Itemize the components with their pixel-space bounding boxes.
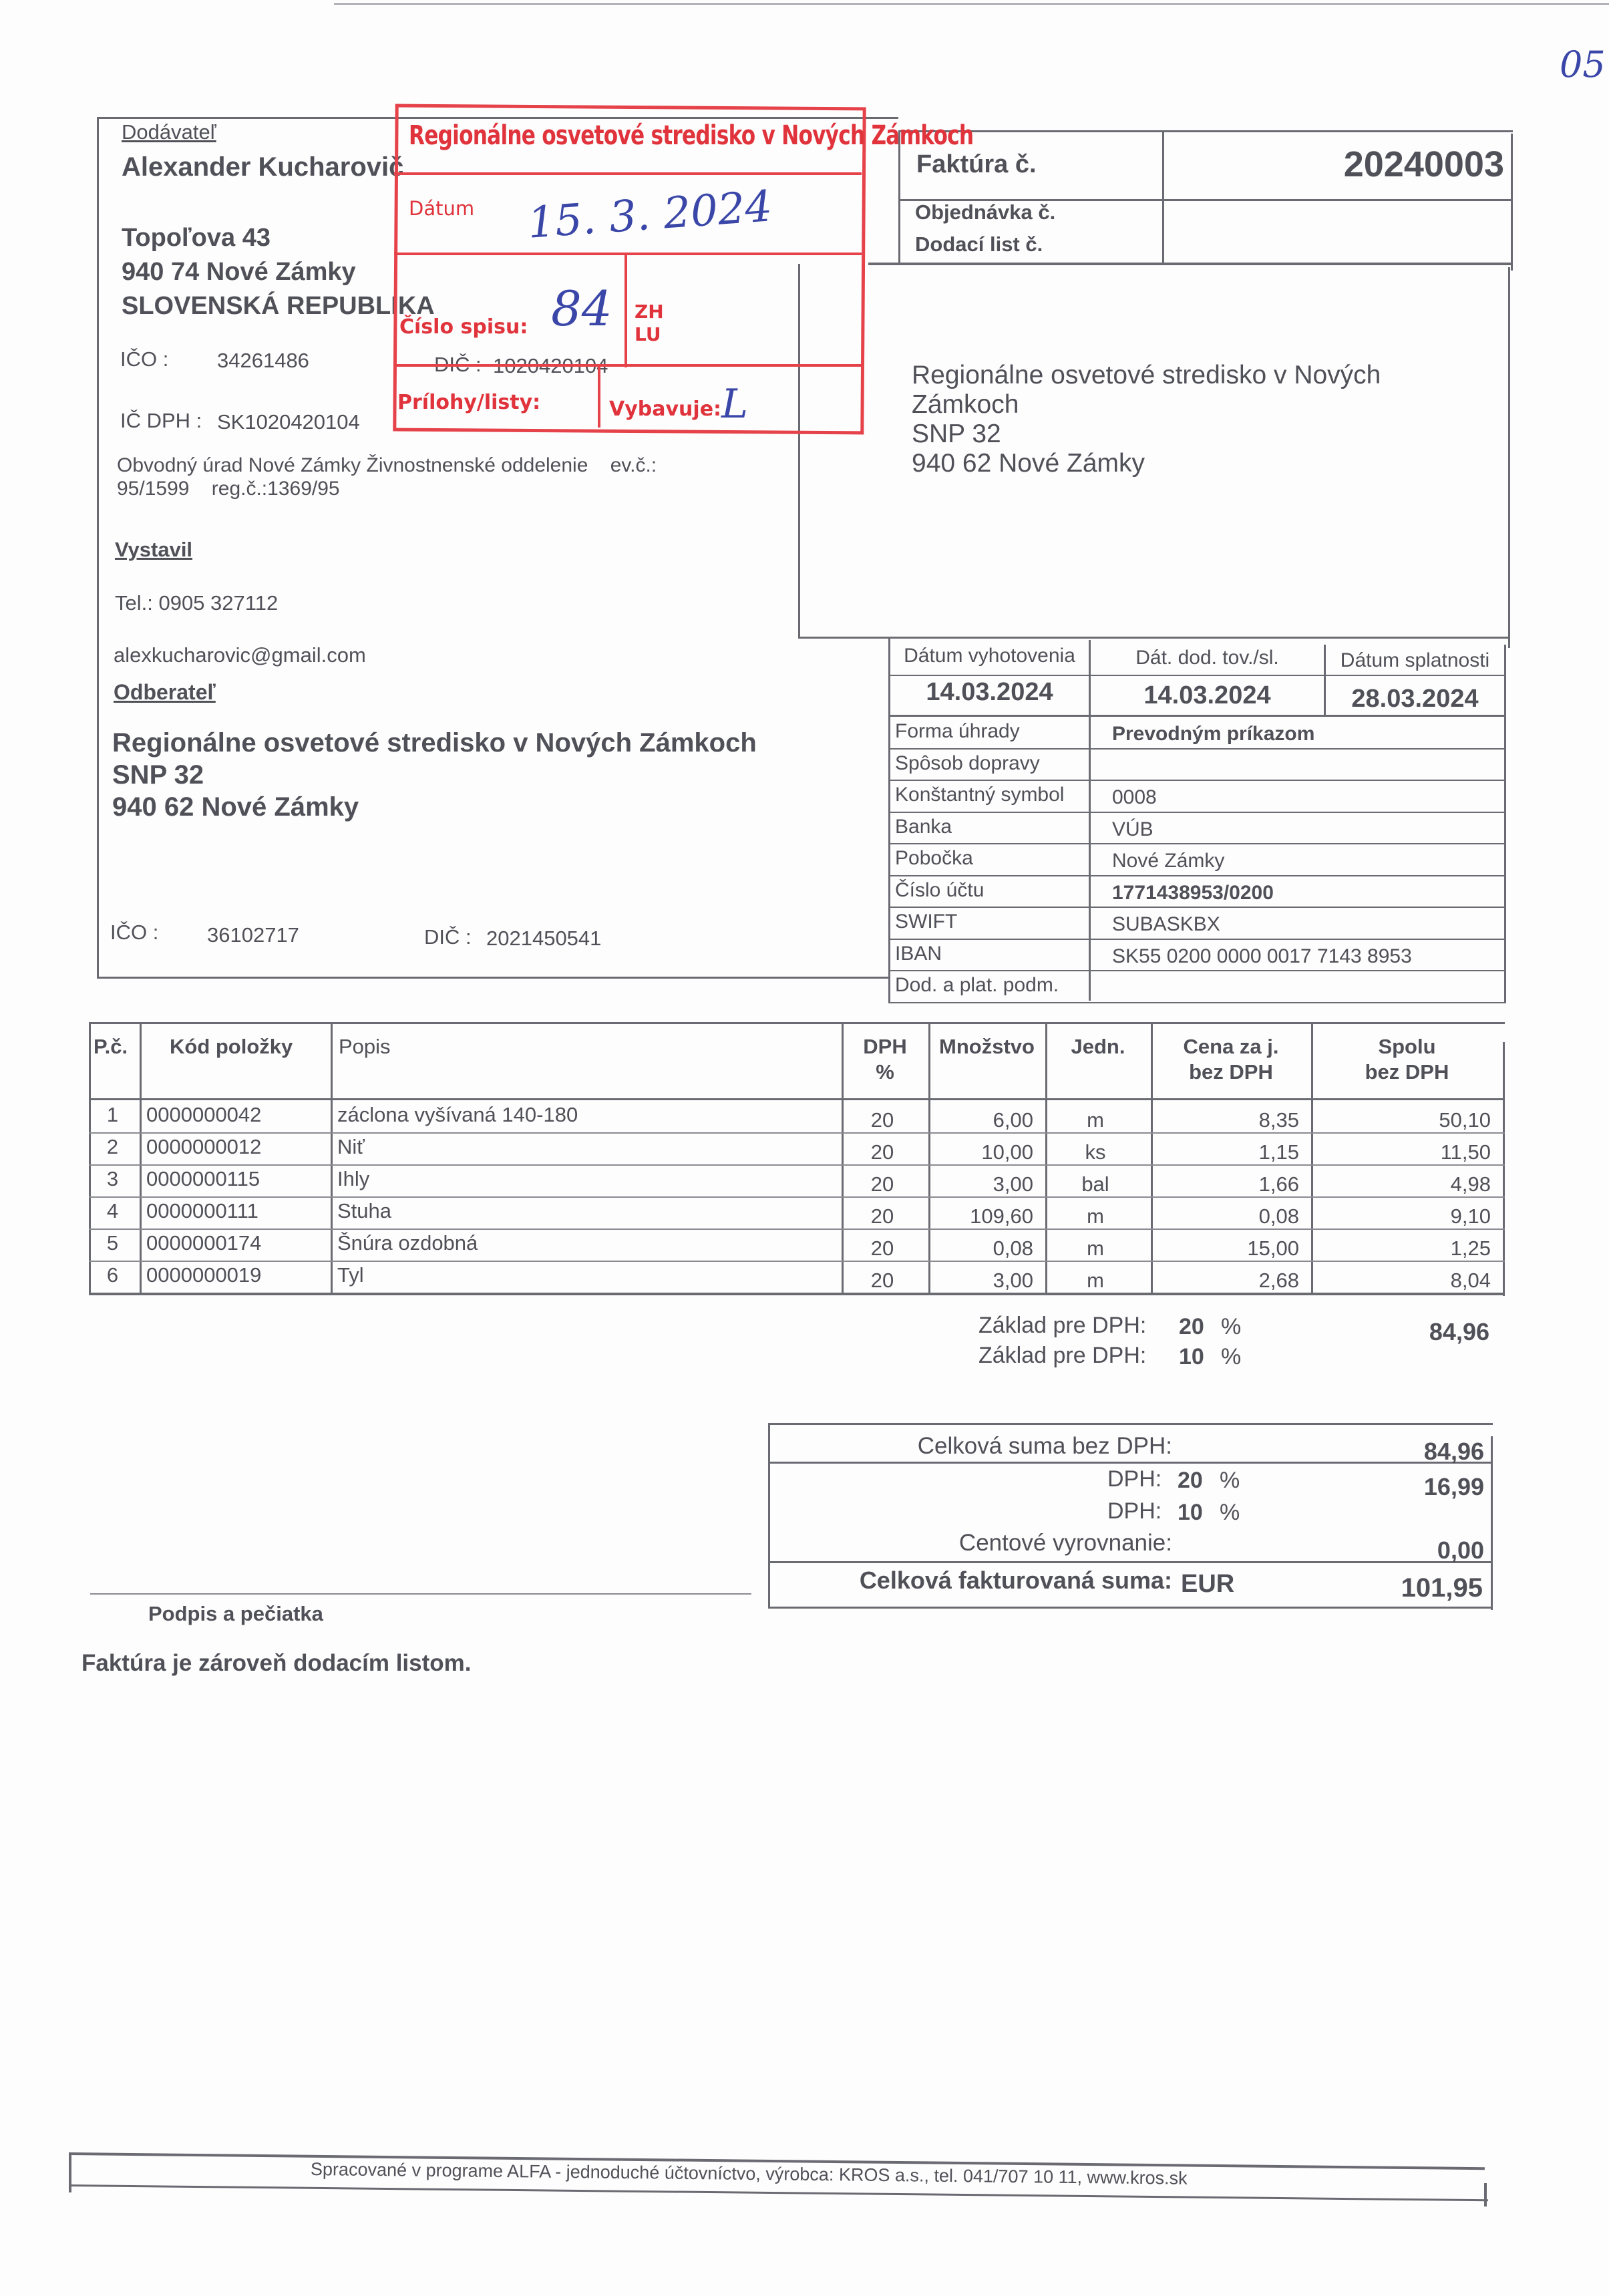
item-total: 9,10 (1318, 1204, 1491, 1228)
grand-total: 101,95 (1302, 1573, 1483, 1603)
items-header-pc: P.č. (94, 1034, 137, 1059)
item-pc: 2 (98, 1135, 128, 1159)
item-qty: 0,08 (935, 1237, 1033, 1261)
payment-value: 0008 (1112, 786, 1157, 809)
vat-label-2: DPH: (1107, 1498, 1161, 1524)
supplier-ico: 34261486 (217, 349, 309, 373)
row-divider (89, 1228, 1505, 1230)
item-code: 0000000174 (146, 1231, 319, 1255)
stamp-codes: ZH LU (635, 301, 664, 346)
items-header-code: Kód položky (170, 1034, 328, 1059)
item-desc: Tyl (337, 1263, 830, 1287)
rounding-label: Centové vyrovnanie: (768, 1530, 1172, 1556)
supplier-city: 940 74 Nové Zámky (122, 258, 356, 287)
payment-label: Pobočka (895, 847, 973, 870)
items-header-price: Cena za j. bez DPH (1153, 1034, 1308, 1085)
vat-base-pct-1: % (1221, 1314, 1241, 1340)
signature-line (90, 1593, 751, 1595)
customer-city: 940 62 Nové Zámky (112, 792, 359, 822)
customer-dic-label: DIČ : (424, 925, 472, 949)
item-code: 0000000042 (146, 1103, 319, 1127)
item-unit: ks (1052, 1140, 1139, 1164)
stamp-date-label: Dátum (409, 197, 474, 220)
invoice-number: 20240003 (1162, 144, 1504, 185)
item-price: 2,68 (1157, 1269, 1299, 1293)
supplier-ico-label: IČO : (120, 347, 168, 371)
stamp-handler-value: L (721, 381, 748, 428)
item-unit: m (1052, 1237, 1139, 1261)
payment-value: Prevodným príkazom (1112, 723, 1314, 746)
item-vat: 20 (848, 1237, 916, 1261)
payment-row-divider (888, 812, 1506, 813)
row-divider (89, 1132, 1505, 1134)
item-desc: Niť (337, 1135, 830, 1159)
payment-label: Dod. a plat. podm. (895, 974, 1059, 997)
payment-label: IBAN (895, 943, 942, 965)
payment-value: SK55 0200 0000 0017 7143 8953 (1112, 945, 1412, 968)
items-header-unit: Jedn. (1048, 1034, 1148, 1059)
item-unit: m (1052, 1269, 1139, 1293)
net-total: 84,96 (1302, 1438, 1484, 1466)
item-pc: 5 (98, 1231, 128, 1255)
issue-date: 14.03.2024 (890, 678, 1089, 707)
items-column-divider (1151, 1024, 1153, 1295)
supplier-icdph-label: IČ DPH : (120, 409, 202, 433)
item-pc: 6 (98, 1263, 128, 1287)
vat-base-value-1: 84,96 (1336, 1318, 1489, 1346)
vat-base-rate-1: 20 (1179, 1314, 1204, 1340)
customer-heading: Odberateľ (114, 680, 216, 705)
recipient-line4: 940 62 Nové Zámky (912, 449, 1381, 478)
payment-value: 1771438953/0200 (1112, 882, 1274, 905)
vat-pct-1: % (1220, 1468, 1240, 1494)
recipient-line1: Regionálne osvetové stredisko v Nových (912, 361, 1381, 390)
item-desc: Stuha (337, 1199, 830, 1223)
item-price: 1,15 (1157, 1140, 1299, 1164)
item-code: 0000000012 (146, 1135, 319, 1159)
item-unit: bal (1052, 1172, 1139, 1196)
payment-label: Číslo účtu (895, 879, 984, 902)
delivery-date-label: Dát. dod. tov./sl. (1091, 647, 1324, 669)
item-code: 0000000115 (146, 1167, 319, 1191)
item-desc: Šnúra ozdobná (337, 1231, 830, 1255)
supplier-registry-line2: 95/1599 reg.č.:1369/95 (117, 478, 340, 500)
item-desc: Ihly (337, 1167, 830, 1191)
supplier-heading: Dodávateľ (122, 120, 216, 144)
payment-row-divider (888, 970, 1506, 971)
scan-edge (334, 3, 1609, 5)
grand-total-currency: EUR (1181, 1570, 1234, 1599)
item-pc: 4 (98, 1199, 128, 1223)
items-column-divider (842, 1024, 844, 1295)
vat-base-label-2: Základ pre DPH: (978, 1343, 1146, 1369)
delivery-note-statement: Faktúra je zároveň dodacím listom. (81, 1650, 472, 1677)
customer-ico-label: IČO : (110, 921, 158, 945)
due-date-label: Dátum splatnosti (1326, 649, 1504, 672)
payment-row-divider (888, 875, 1506, 876)
item-total: 50,10 (1318, 1108, 1491, 1132)
payment-row-divider (888, 1002, 1506, 1003)
issuer-email[interactable]: alexkucharovic@gmail.com (114, 643, 366, 667)
row-divider (89, 1261, 1505, 1262)
item-code: 0000000111 (146, 1199, 319, 1223)
order-label: Objednávka č. (915, 200, 1055, 224)
payment-label: Spôsob dopravy (895, 752, 1040, 775)
items-column-divider (1311, 1024, 1313, 1295)
items-header-qty: Množstvo (931, 1034, 1043, 1059)
vat-amount-1: 16,99 (1302, 1473, 1484, 1501)
customer-street: SNP 32 (112, 760, 204, 790)
item-total: 1,25 (1318, 1237, 1491, 1261)
item-total: 4,98 (1318, 1172, 1491, 1196)
row-divider (89, 1164, 1505, 1166)
signature-label: Podpis a pečiatka (148, 1602, 323, 1626)
vat-base-rate-2: 10 (1179, 1344, 1204, 1370)
stamp-file-value: 84 (551, 281, 612, 337)
item-vat: 20 (848, 1172, 916, 1196)
payment-value: VÚB (1112, 818, 1153, 841)
due-date: 28.03.2024 (1326, 685, 1504, 713)
item-price: 15,00 (1157, 1237, 1299, 1261)
payment-value: SUBASKBX (1112, 913, 1220, 936)
delivery-date: 14.03.2024 (1091, 681, 1324, 710)
row-divider (89, 1196, 1505, 1198)
item-qty: 3,00 (935, 1269, 1033, 1293)
item-vat: 20 (848, 1140, 916, 1164)
issue-date-label: Dátum vyhotovenia (890, 645, 1089, 667)
item-total: 11,50 (1318, 1140, 1491, 1164)
item-qty: 3,00 (935, 1172, 1033, 1196)
item-pc: 1 (98, 1103, 128, 1127)
item-vat: 20 (848, 1204, 916, 1228)
items-header-vat: DPH % (844, 1034, 926, 1085)
payment-label: SWIFT (895, 911, 957, 933)
customer-name: Regionálne osvetové stredisko v Nových Z… (112, 728, 757, 758)
payment-label: Forma úhrady (895, 720, 1020, 743)
payment-row-divider (888, 907, 1506, 908)
net-total-label: Celková suma bez DPH: (768, 1433, 1172, 1460)
recipient-line3: SNP 32 (912, 420, 1381, 449)
items-column-divider (140, 1024, 142, 1295)
vat-base-pct-2: % (1221, 1344, 1241, 1370)
supplier-street: Topoľova 43 (122, 224, 271, 253)
item-unit: m (1052, 1204, 1139, 1228)
payment-label: Banka (895, 816, 952, 838)
supplier-registry-line1: Obvodný úrad Nové Zámky Živnostnenské od… (117, 454, 657, 477)
invoice-label: Faktúra č. (916, 150, 1037, 179)
grand-total-label: Celková fakturovaná suma: (768, 1567, 1172, 1595)
stamp-file-label: Číslo spisu: (399, 315, 528, 339)
supplier-country: SLOVENSKÁ REPUBLIKA (122, 292, 435, 321)
payment-row-divider (888, 780, 1506, 781)
item-qty: 10,00 (935, 1140, 1033, 1164)
customer-dic: 2021450541 (486, 927, 601, 951)
item-price: 0,08 (1157, 1204, 1299, 1228)
item-vat: 20 (848, 1108, 916, 1132)
stamp-attachments-label: Prílohy/listy: (397, 391, 540, 414)
item-unit: m (1052, 1108, 1139, 1132)
supplier-icdph: SK1020420104 (217, 410, 360, 434)
payment-label: Konštantný symbol (895, 784, 1064, 806)
vat-base-label-1: Základ pre DPH: (978, 1313, 1146, 1339)
vat-rate-1: 20 (1178, 1468, 1203, 1494)
item-pc: 3 (98, 1167, 128, 1191)
item-price: 8,35 (1157, 1108, 1299, 1132)
recipient-line2: Zámkoch (912, 390, 1381, 420)
item-code: 0000000019 (146, 1263, 319, 1287)
payment-row-divider (888, 748, 1506, 750)
supplier-name: Alexander Kucharovič (122, 152, 403, 182)
item-price: 1,66 (1157, 1172, 1299, 1196)
recipient-address: Regionálne osvetové stredisko v Nových Z… (912, 361, 1381, 478)
stamp-handler-label: Vybavuje: (609, 397, 721, 421)
item-total: 8,04 (1318, 1269, 1491, 1293)
items-header-desc: Popis (339, 1034, 839, 1059)
delivery-note-label: Dodací list č. (915, 232, 1043, 257)
item-desc: záclona vyšívaná 140-180 (337, 1103, 830, 1127)
page-mark: 05 (1560, 43, 1606, 86)
item-qty: 109,60 (935, 1204, 1033, 1228)
payment-value: Nové Zámky (1112, 850, 1224, 872)
item-qty: 6,00 (935, 1108, 1033, 1132)
stamp-org: Regionálne osvetové stredisko v Nových Z… (409, 120, 973, 151)
vat-rate-2: 10 (1178, 1500, 1203, 1526)
vat-label-1: DPH: (1107, 1466, 1161, 1492)
customer-ico: 36102717 (207, 923, 299, 947)
items-header-total: Spolu bez DPH (1314, 1034, 1500, 1085)
item-vat: 20 (848, 1269, 916, 1293)
items-column-divider (331, 1024, 333, 1295)
payment-row-divider (888, 843, 1506, 844)
items-column-divider (928, 1024, 930, 1295)
rounding-value: 0,00 (1302, 1536, 1484, 1565)
items-column-divider (1045, 1024, 1047, 1295)
issuer-phone: Tel.: 0905 327112 (115, 591, 278, 615)
payment-row-divider (888, 939, 1506, 940)
issuer-heading: Vystavil (115, 538, 192, 562)
vat-pct-2: % (1220, 1500, 1240, 1526)
